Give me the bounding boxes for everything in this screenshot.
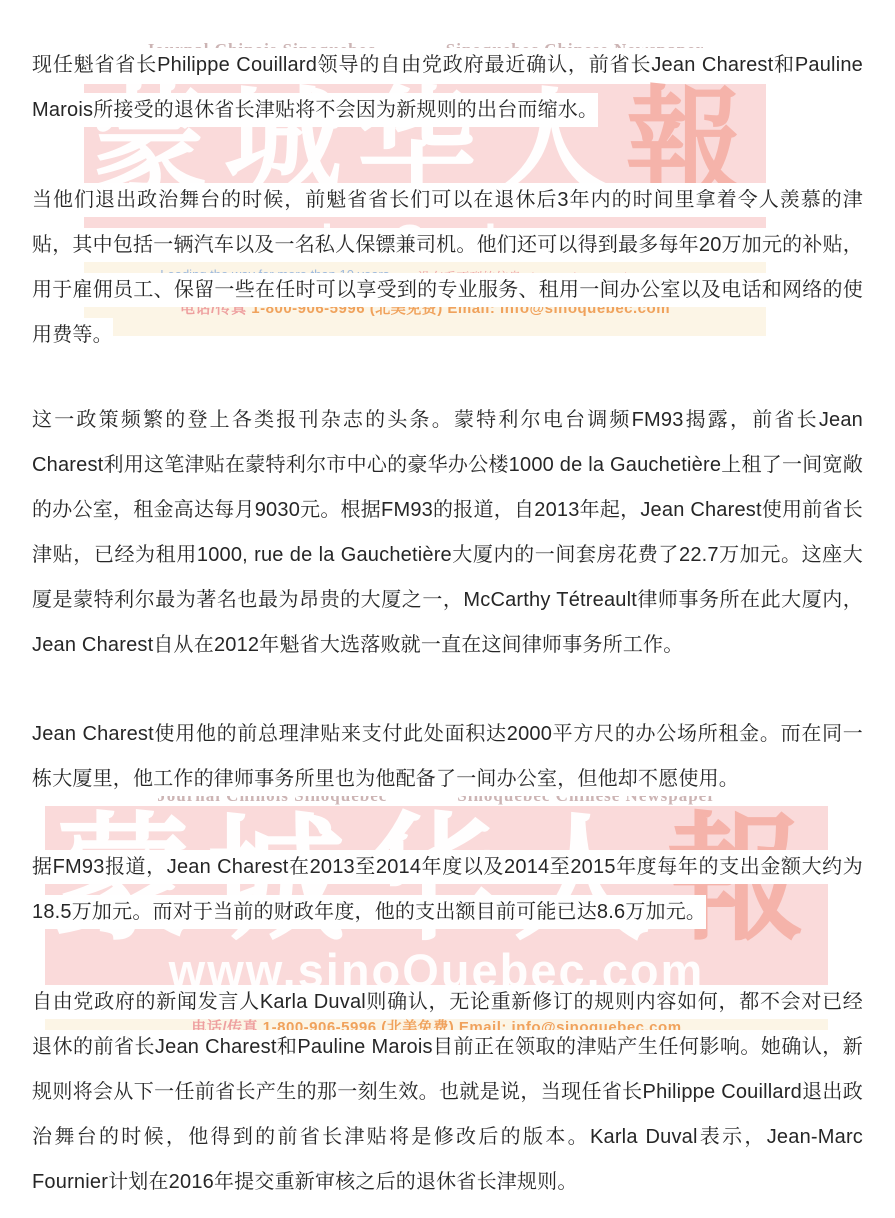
paragraph: 现任魁省省长Philippe Couillard领导的自由党政府最近确认，前省长… <box>32 43 863 133</box>
article-body: 现任魁省省长Philippe Couillard领导的自由党政府最近确认，前省长… <box>0 0 895 1218</box>
paragraph: 这一政策频繁的登上各类报刊杂志的头条。蒙特利尔电台调频FM93揭露，前省长Jea… <box>32 398 863 668</box>
paragraph: Jean Charest使用他的前总理津贴来支付此处面积达2000平方尺的办公场… <box>32 712 863 802</box>
paragraph-text: Jean Charest使用他的前总理津贴来支付此处面积达2000平方尺的办公场… <box>32 717 863 796</box>
paragraph-text: 现任魁省省长Philippe Couillard领导的自由党政府最近确认，前省长… <box>32 48 863 127</box>
paragraph: 自由党政府的新闻发言人Karla Duval则确认，无论重新修订的规则内容如何，… <box>32 980 863 1205</box>
paragraph: 当他们退出政治舞台的时候，前魁省省长们可以在退休后3年内的时间里拿着令人羡慕的津… <box>32 178 863 358</box>
paragraph: 据FM93报道，Jean Charest在2013至2014年度以及2014至2… <box>32 845 863 935</box>
paragraph-text: 据FM93报道，Jean Charest在2013至2014年度以及2014至2… <box>32 850 863 929</box>
article-page: Journal Chinois Sinoquebec Sinoquebec Ch… <box>0 0 895 1218</box>
paragraph-text: 这一政策频繁的登上各类报刊杂志的头条。蒙特利尔电台调频FM93揭露，前省长Jea… <box>32 403 863 662</box>
paragraph-text: 自由党政府的新闻发言人Karla Duval则确认，无论重新修订的规则内容如何，… <box>32 985 863 1199</box>
paragraph-text: 当他们退出政治舞台的时候，前魁省省长们可以在退休后3年内的时间里拿着令人羡慕的津… <box>32 183 863 352</box>
